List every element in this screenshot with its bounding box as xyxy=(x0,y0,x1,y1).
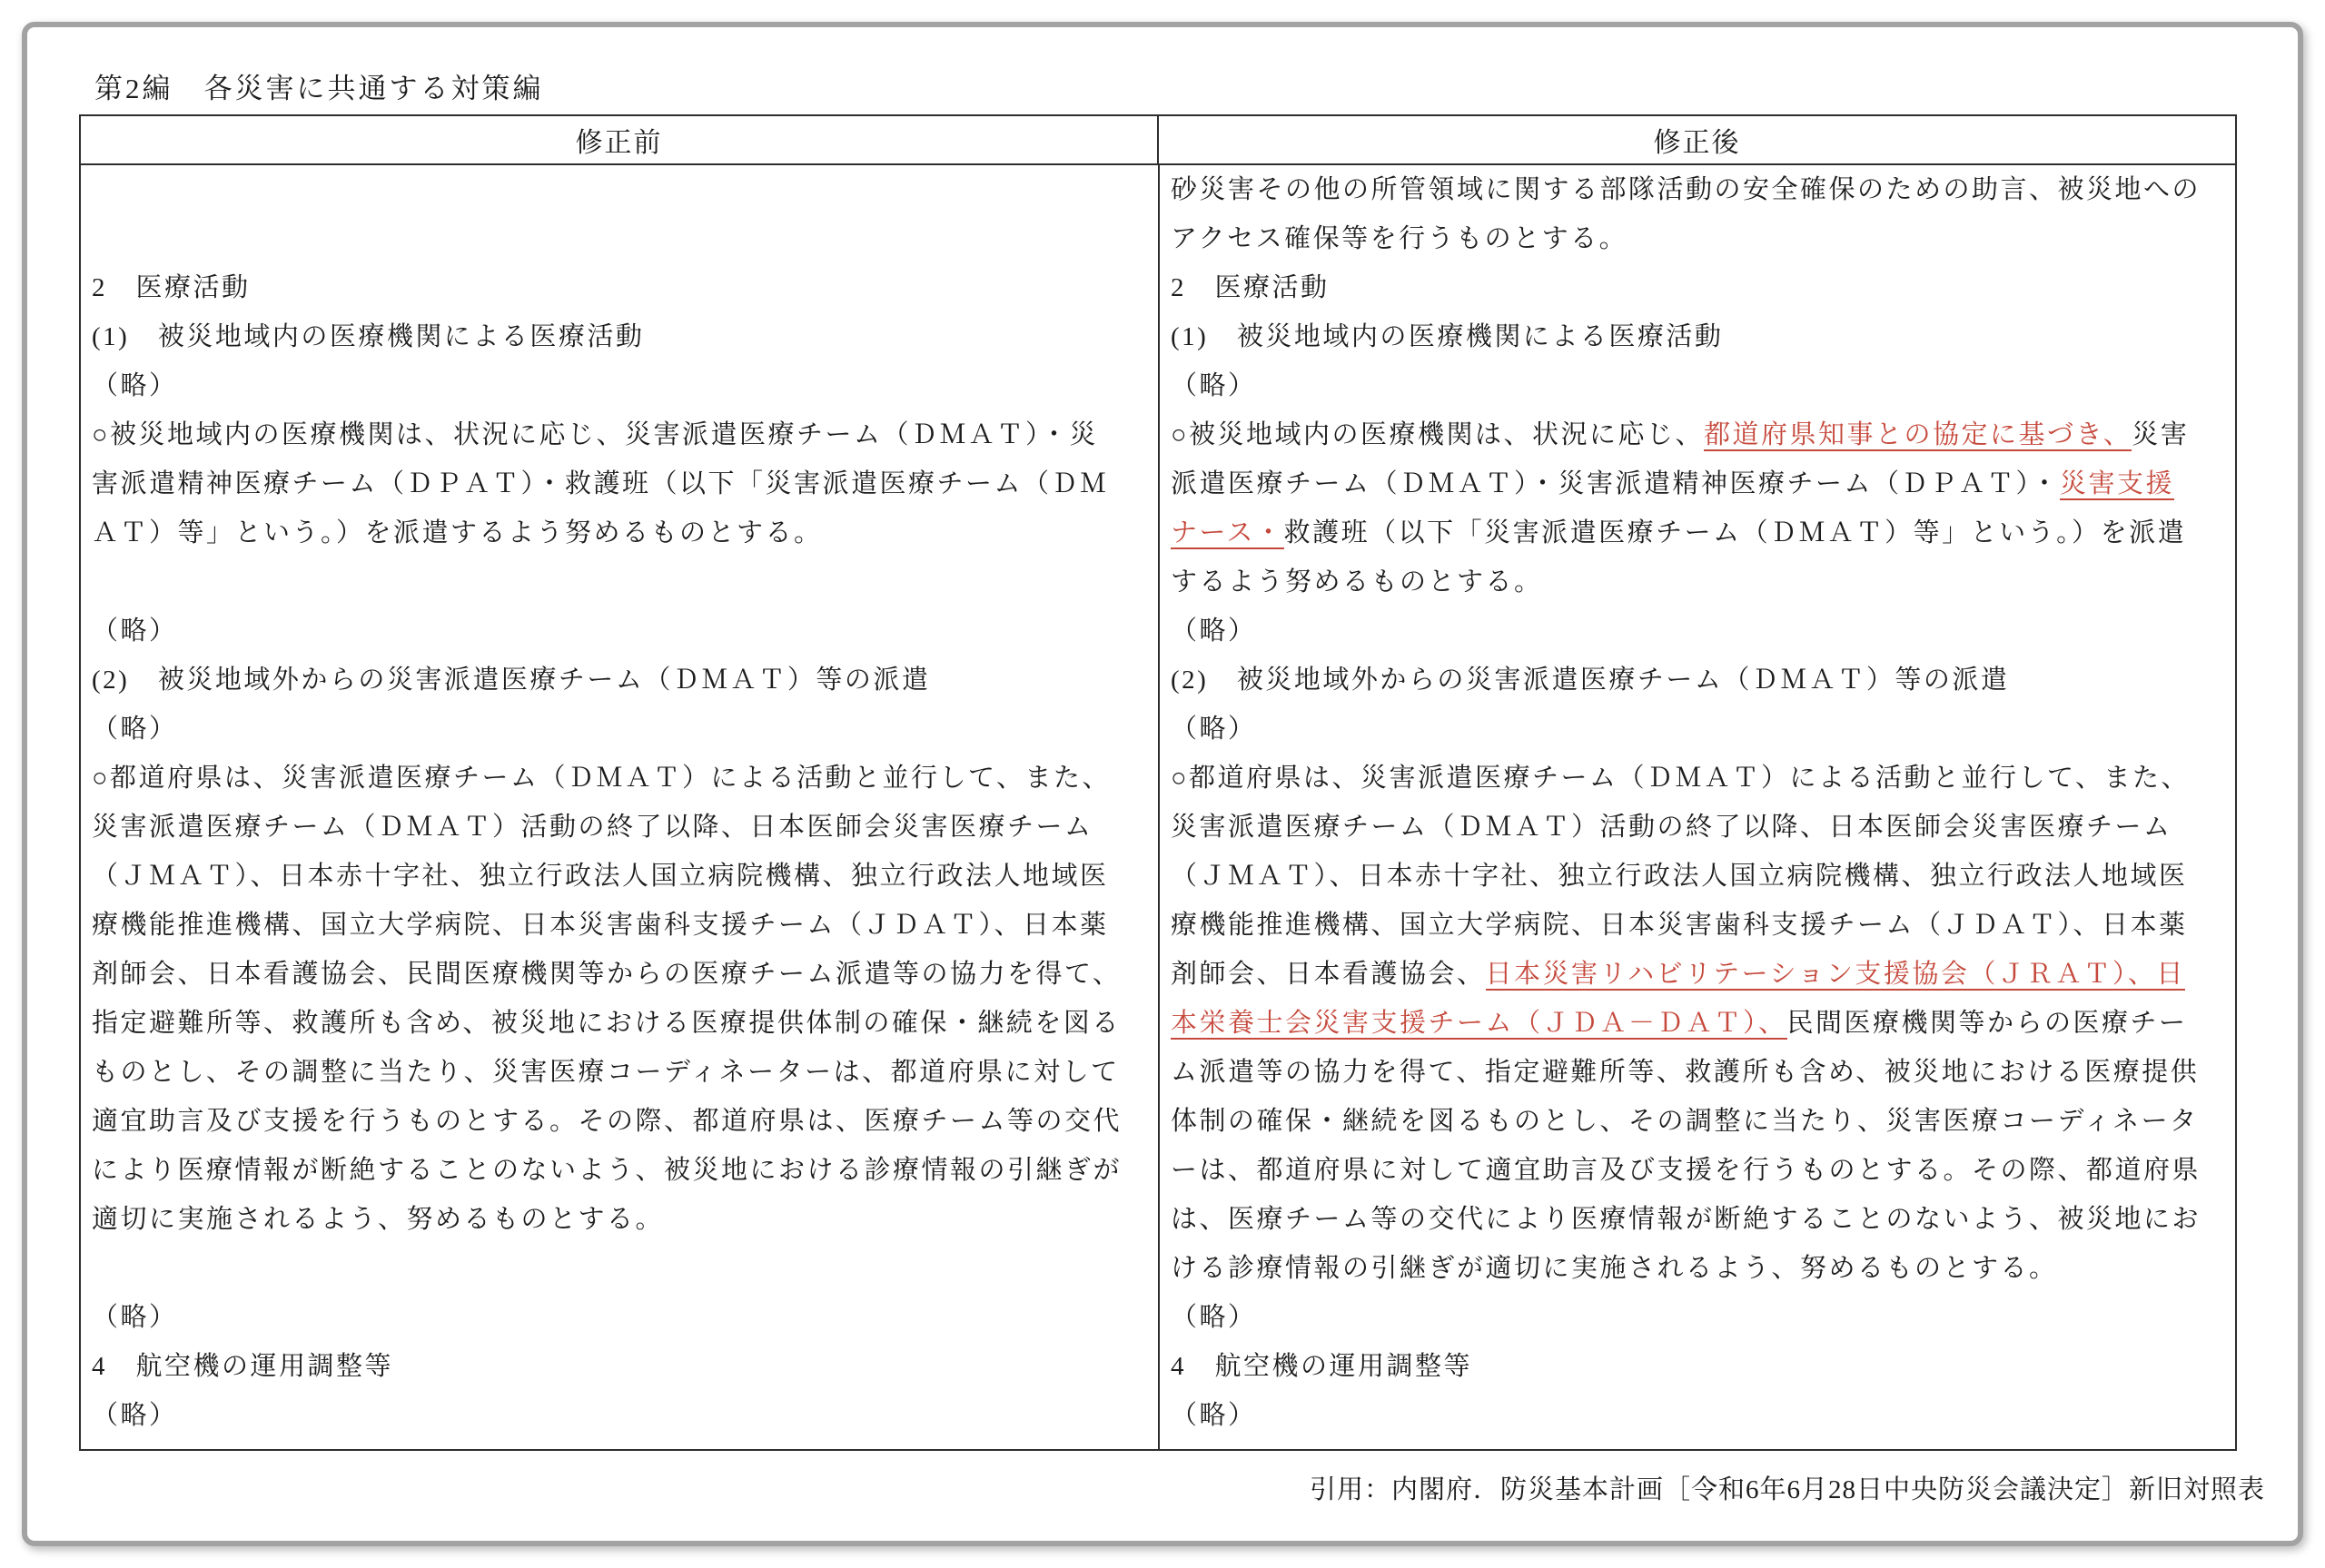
text-line: （略） xyxy=(1171,606,2228,656)
text-segment: 4 航空機の運用調整等 xyxy=(1171,1352,1472,1381)
text-segment: （略） xyxy=(92,1401,178,1430)
table-header-row: 修正前 修正後 xyxy=(81,116,2235,165)
text-segment: (1) 被災地域内の医療機関による医療活動 xyxy=(1171,322,1723,351)
page-title: 第2編 各災害に共通する対策編 xyxy=(94,65,544,106)
text-segment: 療機能推進機構、国立大学病院、日本災害歯科支援チーム（ＪＤＡＴ）、日本薬 xyxy=(1171,911,2188,940)
text-segment: ーは、都道府県に対して適宜助言及び支援を行うものとする。その際、都道府県 xyxy=(1171,1156,2201,1185)
text-segment: （略） xyxy=(1171,1303,1257,1332)
text-segment: 災害 xyxy=(2132,420,2189,449)
text-line: 2 医療活動 xyxy=(92,263,1151,312)
text-segment: 療機能推進機構、国立大学病院、日本災害歯科支援チーム（ＪＤＡＴ）、日本薬 xyxy=(92,911,1109,940)
text-segment: 民間医療機関等からの医療チー xyxy=(1787,1009,2188,1038)
text-line: ナース・救護班（以下「災害派遣医療チーム（ＤＭＡＴ）等」という。）を派遣 xyxy=(1171,508,2228,557)
revision-highlight: 日本災害リハビリテーション支援協会（ＪＲＡＴ）、日 xyxy=(1486,960,2185,991)
text-segment: 災害派遣医療チーム（ＤＭＡＴ）活動の終了以降、日本医師会災害医療チーム xyxy=(92,813,1093,842)
text-line: ーは、都道府県に対して適宜助言及び支援を行うものとする。その際、都道府県 xyxy=(1171,1146,2228,1195)
text-line: 砂災害その他の所管領域に関する部隊活動の安全確保のための助言、被災地への xyxy=(1171,165,2228,214)
text-line: （略） xyxy=(1171,705,2228,754)
text-segment: 砂災害その他の所管領域に関する部隊活動の安全確保のための助言、被災地への xyxy=(1171,175,2201,204)
text-segment: （略） xyxy=(92,715,178,744)
text-line: 適切に実施されるよう、努めるものとする。 xyxy=(92,1195,1151,1244)
text-line: するよう努めるものとする。 xyxy=(1171,557,2228,606)
comparison-table: 修正前 修正後 2 医療活動(1) 被災地域内の医療機関による医療活動（略）○被… xyxy=(79,114,2237,1451)
revision-highlight: 災害支援 xyxy=(2060,469,2174,500)
text-line: は、医療チーム等の交代により医療情報が断絶することのないよう、被災地にお xyxy=(1171,1195,2228,1244)
text-line: 4 航空機の運用調整等 xyxy=(92,1342,1151,1391)
text-segment: （ＪＭＡＴ）、日本赤十字社、独立行政法人国立病院機構、独立行政法人地域医 xyxy=(92,862,1109,891)
text-line: 2 医療活動 xyxy=(1171,263,2228,312)
text-segment: ○被災地域内の医療機関は、状況に応じ、 xyxy=(1171,420,1704,449)
text-line: ける診療情報の引継ぎが適切に実施されるよう、努めるものとする。 xyxy=(1171,1244,2228,1293)
text-segment: （略） xyxy=(1171,371,1257,400)
text-segment: ○都道府県は、災害派遣医療チーム（ＤＭＡＴ）による活動と並行して、また、 xyxy=(1171,764,2190,793)
text-segment: 剤師会、日本看護協会、 xyxy=(1171,960,1486,989)
text-segment: （ＪＭＡＴ）、日本赤十字社、独立行政法人国立病院機構、独立行政法人地域医 xyxy=(1171,862,2188,891)
text-line: ○都道府県は、災害派遣医療チーム（ＤＭＡＴ）による活動と並行して、また、 xyxy=(1171,754,2228,803)
text-line: (1) 被災地域内の医療機関による医療活動 xyxy=(1171,312,2228,361)
revision-highlight: ナース・ xyxy=(1171,518,1284,549)
text-line: （略） xyxy=(92,705,1151,754)
text-segment: (2) 被災地域外からの災害派遣医療チーム（ＤＭＡＴ）等の派遣 xyxy=(92,666,930,695)
text-segment: (2) 被災地域外からの災害派遣医療チーム（ＤＭＡＴ）等の派遣 xyxy=(1171,666,2009,695)
text-segment: 適宜助言及び支援を行うものとする。その際、都道府県は、医療チーム等の交代 xyxy=(92,1107,1122,1136)
text-segment: 災害派遣医療チーム（ＤＭＡＴ）活動の終了以降、日本医師会災害医療チーム xyxy=(1171,813,2172,842)
text-segment: 4 航空機の運用調整等 xyxy=(92,1352,393,1381)
text-segment: 剤師会、日本看護協会、民間医療機関等からの医療チーム派遣等の協力を得て、 xyxy=(92,960,1121,989)
text-line: 指定避難所等、救護所も含め、被災地における医療提供体制の確保・継続を図る xyxy=(92,999,1151,1048)
text-line: (1) 被災地域内の医療機関による医療活動 xyxy=(92,312,1151,361)
text-segment: 指定避難所等、救護所も含め、被災地における医療提供体制の確保・継続を図る xyxy=(92,1009,1121,1038)
before-revision-cell: 2 医療活動(1) 被災地域内の医療機関による医療活動（略）○被災地域内の医療機… xyxy=(81,165,1158,1449)
text-segment: 適切に実施されるよう、努めるものとする。 xyxy=(92,1205,664,1234)
text-segment: ム派遣等の協力を得て、指定避難所等、救護所も含め、被災地における医療提供 xyxy=(1171,1058,2199,1087)
text-line: ＡＴ）等」という。）を派遣するよう努めるものとする。 xyxy=(92,508,1151,557)
text-line: （ＪＭＡＴ）、日本赤十字社、独立行政法人国立病院機構、独立行政法人地域医 xyxy=(92,852,1151,901)
text-segment: 害派遣精神医療チーム（ＤＰＡＴ）・救護班（以下「災害派遣医療チーム（ＤＭ xyxy=(92,469,1109,498)
text-segment: は、医療チーム等の交代により医療情報が断絶することのないよう、被災地にお xyxy=(1171,1205,2201,1234)
citation-text: 引用：内閣府．防災基本計画［令和6年6月28日中央防災会議決定］新旧対照表 xyxy=(1310,1469,2265,1506)
text-line: ものとし、その調整に当たり、災害医療コーディネーターは、都道府県に対して xyxy=(92,1048,1151,1097)
text-line: 療機能推進機構、国立大学病院、日本災害歯科支援チーム（ＪＤＡＴ）、日本薬 xyxy=(1171,901,2228,950)
text-line: 適宜助言及び支援を行うものとする。その際、都道府県は、医療チーム等の交代 xyxy=(92,1097,1151,1146)
text-line: (2) 被災地域外からの災害派遣医療チーム（ＤＭＡＴ）等の派遣 xyxy=(1171,656,2228,705)
text-line: 災害派遣医療チーム（ＤＭＡＴ）活動の終了以降、日本医師会災害医療チーム xyxy=(92,803,1151,852)
text-segment: ものとし、その調整に当たり、災害医療コーディネーターは、都道府県に対して xyxy=(92,1058,1120,1087)
text-line: 剤師会、日本看護協会、日本災害リハビリテーション支援協会（ＪＲＡＴ）、日 xyxy=(1171,950,2228,999)
text-line: アクセス確保等を行うものとする。 xyxy=(1171,214,2228,263)
text-segment: アクセス確保等を行うものとする。 xyxy=(1171,224,1627,253)
text-segment: （略） xyxy=(92,616,178,646)
text-segment: ○被災地域内の医療機関は、状況に応じ、災害派遣医療チーム（ＤＭＡＴ）・災 xyxy=(92,420,1098,449)
text-line: （略） xyxy=(92,606,1151,656)
after-revision-cell: 砂災害その他の所管領域に関する部隊活動の安全確保のための助言、被災地へのアクセス… xyxy=(1158,165,2235,1449)
text-segment: ＡＴ）等」という。）を派遣するよう努めるものとする。 xyxy=(92,518,823,547)
text-segment: （略） xyxy=(1171,616,1257,646)
text-line: （略） xyxy=(1171,1391,2228,1440)
text-line xyxy=(92,557,1151,606)
text-segment: ○都道府県は、災害派遣医療チーム（ＤＭＡＴ）による活動と並行して、また、 xyxy=(92,764,1111,793)
text-segment: (1) 被災地域内の医療機関による医療活動 xyxy=(92,322,644,351)
text-line: 体制の確保・継続を図るものとし、その調整に当たり、災害医療コーディネータ xyxy=(1171,1097,2228,1146)
text-line: （略） xyxy=(1171,1293,2228,1342)
text-line: ○都道府県は、災害派遣医療チーム（ＤＭＡＴ）による活動と並行して、また、 xyxy=(92,754,1151,803)
text-line: 害派遣精神医療チーム（ＤＰＡＴ）・救護班（以下「災害派遣医療チーム（ＤＭ xyxy=(92,459,1151,508)
text-line: 4 航空機の運用調整等 xyxy=(1171,1342,2228,1391)
text-segment: （略） xyxy=(92,1303,178,1332)
text-segment: （略） xyxy=(1171,715,1257,744)
text-segment: 派遣医療チーム（ＤＭＡＴ）・災害派遣精神医療チーム（ＤＰＡＴ）・ xyxy=(1171,469,2060,498)
text-line xyxy=(92,1244,1151,1293)
text-line xyxy=(92,165,1151,214)
text-line: （ＪＭＡＴ）、日本赤十字社、独立行政法人国立病院機構、独立行政法人地域医 xyxy=(1171,852,2228,901)
text-line: ○被災地域内の医療機関は、状況に応じ、災害派遣医療チーム（ＤＭＡＴ）・災 xyxy=(92,410,1151,459)
column-header-before: 修正前 xyxy=(81,116,1157,163)
text-line: ム派遣等の協力を得て、指定避難所等、救護所も含め、被災地における医療提供 xyxy=(1171,1048,2228,1097)
text-line: 療機能推進機構、国立大学病院、日本災害歯科支援チーム（ＪＤＡＴ）、日本薬 xyxy=(92,901,1151,950)
text-line: 派遣医療チーム（ＤＭＡＴ）・災害派遣精神医療チーム（ＤＰＡＴ）・災害支援 xyxy=(1171,459,2228,508)
text-segment: 2 医療活動 xyxy=(92,273,251,302)
revision-highlight: 本栄養士会災害支援チーム（ＪＤＡ－ＤＡＴ）、 xyxy=(1171,1009,1787,1040)
text-line: 剤師会、日本看護協会、民間医療機関等からの医療チーム派遣等の協力を得て、 xyxy=(92,950,1151,999)
text-segment: （略） xyxy=(1171,1401,1257,1430)
text-segment: ける診療情報の引継ぎが適切に実施されるよう、努めるものとする。 xyxy=(1171,1254,2058,1283)
text-line: により医療情報が断絶することのないよう、被災地における診療情報の引継ぎが xyxy=(92,1146,1151,1195)
text-segment: 救護班（以下「災害派遣医療チーム（ＤＭＡＴ）等」という。）を派遣 xyxy=(1284,518,2187,547)
text-line: 本栄養士会災害支援チーム（ＪＤＡ－ＤＡＴ）、民間医療機関等からの医療チー xyxy=(1171,999,2228,1048)
text-line: ○被災地域内の医療機関は、状況に応じ、都道府県知事との協定に基づき、災害 xyxy=(1171,410,2228,459)
text-line: 災害派遣医療チーム（ＤＭＡＴ）活動の終了以降、日本医師会災害医療チーム xyxy=(1171,803,2228,852)
text-segment: 体制の確保・継続を図るものとし、その調整に当たり、災害医療コーディネータ xyxy=(1171,1107,2199,1136)
text-line: （略） xyxy=(92,1391,1151,1440)
text-segment: により医療情報が断絶することのないよう、被災地における診療情報の引継ぎが xyxy=(92,1156,1122,1185)
text-segment: 2 医療活動 xyxy=(1171,273,1330,302)
text-line: （略） xyxy=(92,361,1151,410)
table-body-row: 2 医療活動(1) 被災地域内の医療機関による医療活動（略）○被災地域内の医療機… xyxy=(81,165,2235,1449)
text-line: (2) 被災地域外からの災害派遣医療チーム（ＤＭＡＴ）等の派遣 xyxy=(92,656,1151,705)
text-line: （略） xyxy=(1171,361,2228,410)
text-line xyxy=(92,214,1151,263)
column-header-after: 修正後 xyxy=(1157,116,2235,163)
text-segment: するよう努めるものとする。 xyxy=(1171,567,1543,597)
text-segment: （略） xyxy=(92,371,178,400)
revision-highlight: 都道府県知事との協定に基づき、 xyxy=(1704,420,2132,451)
text-line: （略） xyxy=(92,1293,1151,1342)
